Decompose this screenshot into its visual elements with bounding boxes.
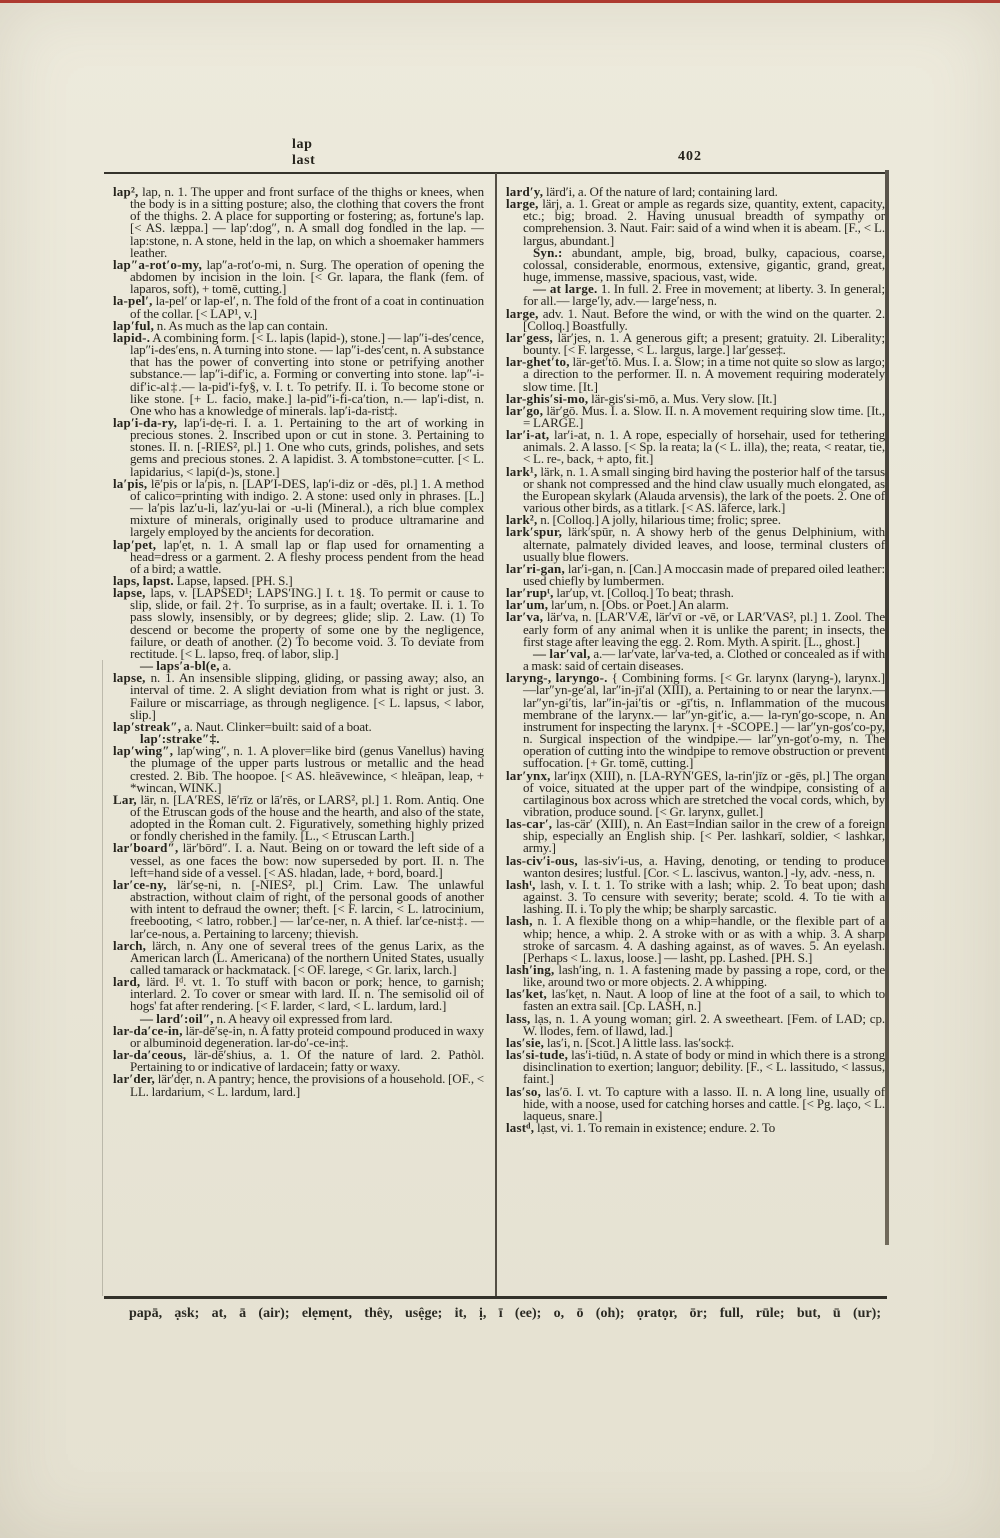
dictionary-entry: lap″a-rot′o-my, lap″a-rot′o-mi, n. Surg.… — [113, 259, 484, 295]
dictionary-entry: lar′ri-gan, lar′i-gan, n. [Can.] A mocca… — [506, 563, 885, 587]
dictionary-entry: laryng-, laryngo-. { Combining forms. [<… — [506, 672, 885, 769]
dictionary-entry: las′si-tude, las′i-tiūd, n. A state of b… — [506, 1049, 885, 1085]
entry-body: lash′ing, n. 1. A fastening made by pass… — [523, 962, 885, 989]
dictionary-entry: lar′ynx, lar′iŋx (XIII), n. [LA-RYN′GES,… — [506, 770, 885, 819]
entry-body: lạst, vi. 1. To remain in existence; end… — [534, 1120, 775, 1135]
entry-body: lär′dẹr, n. A pantry; hence, the provisi… — [130, 1071, 484, 1098]
dictionary-entry: lash′ing, lash′ing, n. 1. A fastening ma… — [506, 964, 885, 988]
dictionary-entry: lap′pet, lap′ẹt, n. 1. A small lap or fl… — [113, 539, 484, 575]
entry-body: las-cär′ (XIII), n. An East=Indian sailo… — [523, 816, 885, 855]
entry-body: las′ō. I. vt. To capture with a lasso. I… — [523, 1084, 885, 1123]
scan-red-top-edge — [0, 0, 1000, 3]
dictionary-entry: la′pis, lē′pis or la′pis, n. [LAP′I-DES,… — [113, 478, 484, 539]
entry-body: lär′sẹ-ni, n. [-NIES², pl.] Crim. Law. T… — [130, 877, 484, 941]
entry-body: laps, v. [LAPSED¹; LAPS′ING.] I. t. 1§. … — [130, 585, 484, 661]
dictionary-entry: las′ket, las′kẹt, n. Naut. A loop of lin… — [506, 988, 885, 1012]
entry-body: lärj, a. 1. Great or ample as regards si… — [523, 196, 885, 247]
dictionary-entry: large, adv. 1. Naut. Before the wind, or… — [506, 308, 885, 332]
entry-body: A combining form. [< L. lapis (lapid-), … — [130, 330, 484, 418]
dictionary-entry: lar′board″, lär′bōrd″. I. a. Naut. Being… — [113, 842, 484, 878]
entry-body: lar′i-at, n. 1. A rope, especially of ho… — [523, 427, 885, 466]
dictionary-entry: lar′gess, lär′jes, n. 1. A generous gift… — [506, 332, 885, 356]
entry-body: lash, v. I. t. 1. To strike with a lash;… — [523, 877, 885, 916]
entry-body: lar′i-gan, n. [Can.] A moccasin made of … — [523, 561, 885, 588]
entry-body: lär, n. [LA′RES, lē′rīz or lā′rēs, or LA… — [130, 792, 484, 843]
entry-subline: Syn.: abundant, ample, big, broad, bulky… — [506, 247, 885, 283]
dictionary-entry: lar-da′ceous, lär-dē′shius, a. 1. Of the… — [113, 1049, 484, 1073]
dictionary-entry: lar-ghet′to, lär-get′tō. Mus. I. a. Slow… — [506, 356, 885, 392]
dictionary-entry: lar′der, lär′dẹr, n. A pantry; hence, th… — [113, 1073, 484, 1097]
entry-body: n. 1. A flexible thong on a whip=handle,… — [523, 913, 885, 964]
guide-word-top: lap — [292, 137, 315, 153]
entry-body: la-pel′ or lap-el′, n. The fold of the f… — [130, 293, 484, 320]
entry-body: lap′i-dẹ-ri. I. a. 1. Pertaining to the … — [130, 415, 484, 479]
left-column: lap², lap, n. 1. The upper and front sur… — [113, 186, 484, 1296]
dictionary-entry: lapse, laps, v. [LAPSED¹; LAPS′ING.] I. … — [113, 587, 484, 660]
dictionary-entry: lash, n. 1. A flexible thong on a whip=h… — [506, 915, 885, 964]
entry-body: abundant, ample, big, broad, bulky, capa… — [523, 245, 885, 284]
dictionary-entry: lapse, n. 1. An insensible slipping, gli… — [113, 672, 484, 721]
guide-words: lap last — [292, 137, 315, 168]
entry-body: lärd. Iᵈ. vt. 1. To stuff with bacon or … — [130, 974, 484, 1013]
page-left-edge-line — [102, 660, 103, 1296]
entry-body: lärk′spūr, n. A showy herb of the genus … — [523, 524, 885, 563]
dictionary-entry: lastᵈ, lạst, vi. 1. To remain in existen… — [506, 1122, 885, 1134]
dictionary-entry: lar′go, lär′gō. Mus. I. a. Slow. II. n. … — [506, 405, 885, 429]
dictionary-entry: las-car′, las-cär′ (XIII), n. An East=In… — [506, 818, 885, 854]
entry-body: lär-dē′sẹ-in, n. A fatty proteid compoun… — [130, 1023, 484, 1050]
entry-body: lap′ẹt, n. 1. A small lap or flap used f… — [130, 537, 484, 576]
entry-subline: — at large. 1. In full. 2. Free in movem… — [506, 283, 885, 307]
entry-body: lär′bōrd″. I. a. Naut. Being on or towar… — [130, 840, 484, 879]
dictionary-entry: larch, lärch, n. Any one of several tree… — [113, 940, 484, 976]
dictionary-entry: las′so, las′ō. I. vt. To capture with a … — [506, 1086, 885, 1122]
guide-word-bottom: last — [292, 153, 315, 169]
right-column: lard′y, lärd′i, a. Of the nature of lard… — [506, 186, 885, 1296]
entry-body: lär′jes, n. 1. A generous gift; a presen… — [523, 330, 885, 357]
dictionary-entry: lashᵗ, lash, v. I. t. 1. To strike with … — [506, 879, 885, 915]
entry-body: lap, n. 1. The upper and front surface o… — [130, 186, 484, 260]
entry-body: las′i-tiūd, n. A state of body or mind i… — [523, 1047, 885, 1086]
footer-rule — [104, 1296, 887, 1299]
entry-body: lär-get′tō. Mus. I. a. Slow; in a time n… — [523, 354, 885, 393]
dictionary-entry: lark¹, lärk, n. 1. A small singing bird … — [506, 466, 885, 515]
entry-body: adv. 1. Naut. Before the wind, or with t… — [523, 306, 885, 333]
entry-body: lap′wing″, n. 1. A plover=like bird (gen… — [130, 743, 484, 794]
entry-body: las-siv′i-us, a. Having, denoting, or te… — [523, 853, 885, 880]
dictionary-page-scan: lap last 402 lap², lap, n. 1. The upper … — [0, 0, 1000, 1538]
page-right-edge-line — [885, 170, 889, 1245]
dictionary-entry: lass, lạs, n. 1. A young woman; girl. 2.… — [506, 1013, 885, 1037]
entry-body: lär′va, n. [LAR′VÆ, lär′vī or -vē, or LA… — [523, 609, 885, 648]
dictionary-entry: las-civ′i-ous, las-siv′i-us, a. Having, … — [506, 855, 885, 879]
dictionary-entry: lark′spur, lärk′spūr, n. A showy herb of… — [506, 526, 885, 562]
entry-body: lar′iŋx (XIII), n. [LA-RYN′GES, la-rin′j… — [523, 768, 885, 819]
entry-headword: lastᵈ, — [506, 1120, 534, 1135]
entry-body: lärch, n. Any one of several trees of th… — [130, 938, 484, 977]
dictionary-entry: la-pel′, la-pel′ or lap-el′, n. The fold… — [113, 295, 484, 319]
dictionary-entry: lard, lärd. Iᵈ. vt. 1. To stuff with bac… — [113, 976, 484, 1012]
dictionary-entry: large, lärj, a. 1. Great or ample as reg… — [506, 198, 885, 247]
entry-body: n. 1. An insensible slipping, gliding, o… — [130, 670, 484, 721]
dictionary-entry: lap′i-da-ry, lap′i-dẹ-ri. I. a. 1. Perta… — [113, 417, 484, 478]
pronunciation-key: papā, ạsk; at, ā (air); elẹmẹnt, thêy, u… — [129, 1306, 881, 1322]
page-number: 402 — [650, 149, 730, 165]
column-divider-rule — [495, 173, 497, 1296]
dictionary-entry: lar′va, lär′va, n. [LAR′VÆ, lär′vī or -v… — [506, 611, 885, 647]
entry-body: las′kẹt, n. Naut. A loop of line at the … — [523, 986, 885, 1013]
dictionary-entry: lar-da′ce-in, lär-dē′sẹ-in, n. A fatty p… — [113, 1025, 484, 1049]
dictionary-entry: Lar, lär, n. [LA′RES, lē′rīz or lā′rēs, … — [113, 794, 484, 843]
dictionary-entry: lap′wing″, lap′wing″, n. 1. A plover=lik… — [113, 745, 484, 794]
entry-body: lärk, n. 1. A small singing bird having … — [523, 464, 885, 515]
entry-body: { Combining forms. [< Gr. larynx (laryng… — [523, 670, 885, 770]
entry-subline: — lar′val, a.— lar′vate, lar′va-ted, a. … — [506, 648, 885, 672]
entry-body: lär′gō. Mus. I. a. Slow. II. n. A moveme… — [523, 403, 885, 430]
dictionary-entry: lar′ce-ny, lär′sẹ-ni, n. [-NIES², pl.] C… — [113, 879, 484, 940]
dictionary-entry: lapid-. A combining form. [< L. lapis (l… — [113, 332, 484, 417]
dictionary-entry: lap², lap, n. 1. The upper and front sur… — [113, 186, 484, 259]
dictionary-entry: lar′i-at, lar′i-at, n. 1. A rope, especi… — [506, 429, 885, 465]
entry-body: lạs, n. 1. A young woman; girl. 2. A swe… — [523, 1011, 885, 1038]
entry-body: lē′pis or la′pis, n. [LAP′I-DES, lap′i-d… — [130, 476, 484, 540]
